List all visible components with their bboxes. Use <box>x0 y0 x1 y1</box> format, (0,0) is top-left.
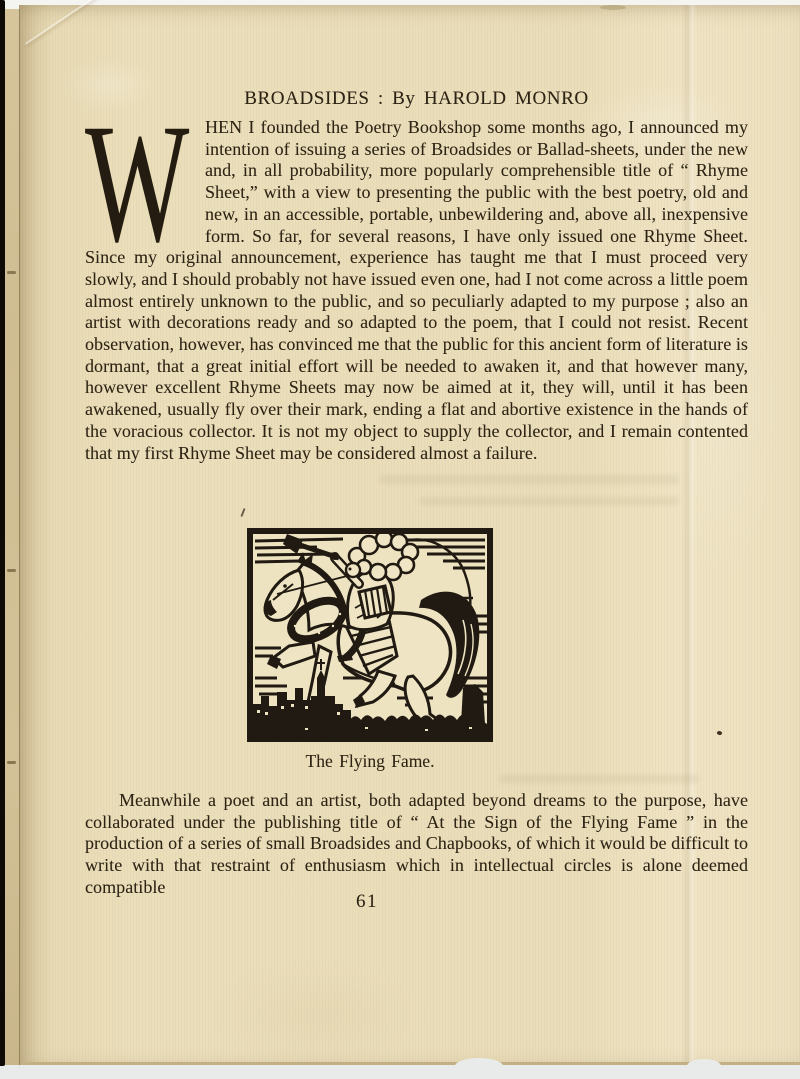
sewing-mark <box>7 271 16 274</box>
woodcut-horse-and-rider <box>247 528 493 742</box>
drop-cap-W: W <box>85 126 197 246</box>
page-number: 61 <box>327 891 407 913</box>
flying-fame-figure <box>247 528 493 742</box>
deckle-notch <box>687 1059 721 1066</box>
show-through-smudge <box>499 775 699 783</box>
binding-shadow <box>0 0 5 1066</box>
show-through-smudge <box>379 475 679 484</box>
paragraph-2: Meanwhile a poet and an artist, both ada… <box>85 790 748 899</box>
edge-smudge <box>600 5 626 10</box>
scanned-book-page: BROADSIDES : By HAROLD MONRO WHEN I foun… <box>0 0 800 1079</box>
article-title: BROADSIDES : By HAROLD MONRO <box>85 88 748 110</box>
show-through-smudge <box>419 497 679 505</box>
drop-cap-glyph: W <box>85 126 190 246</box>
figure-caption: The Flying Fame. <box>187 751 553 772</box>
sewing-mark <box>7 569 16 572</box>
paragraph-1: WHEN I founded the Poetry Bookshop some … <box>85 117 748 464</box>
sewing-mark <box>7 761 16 764</box>
page-edges-binding <box>5 9 20 1065</box>
